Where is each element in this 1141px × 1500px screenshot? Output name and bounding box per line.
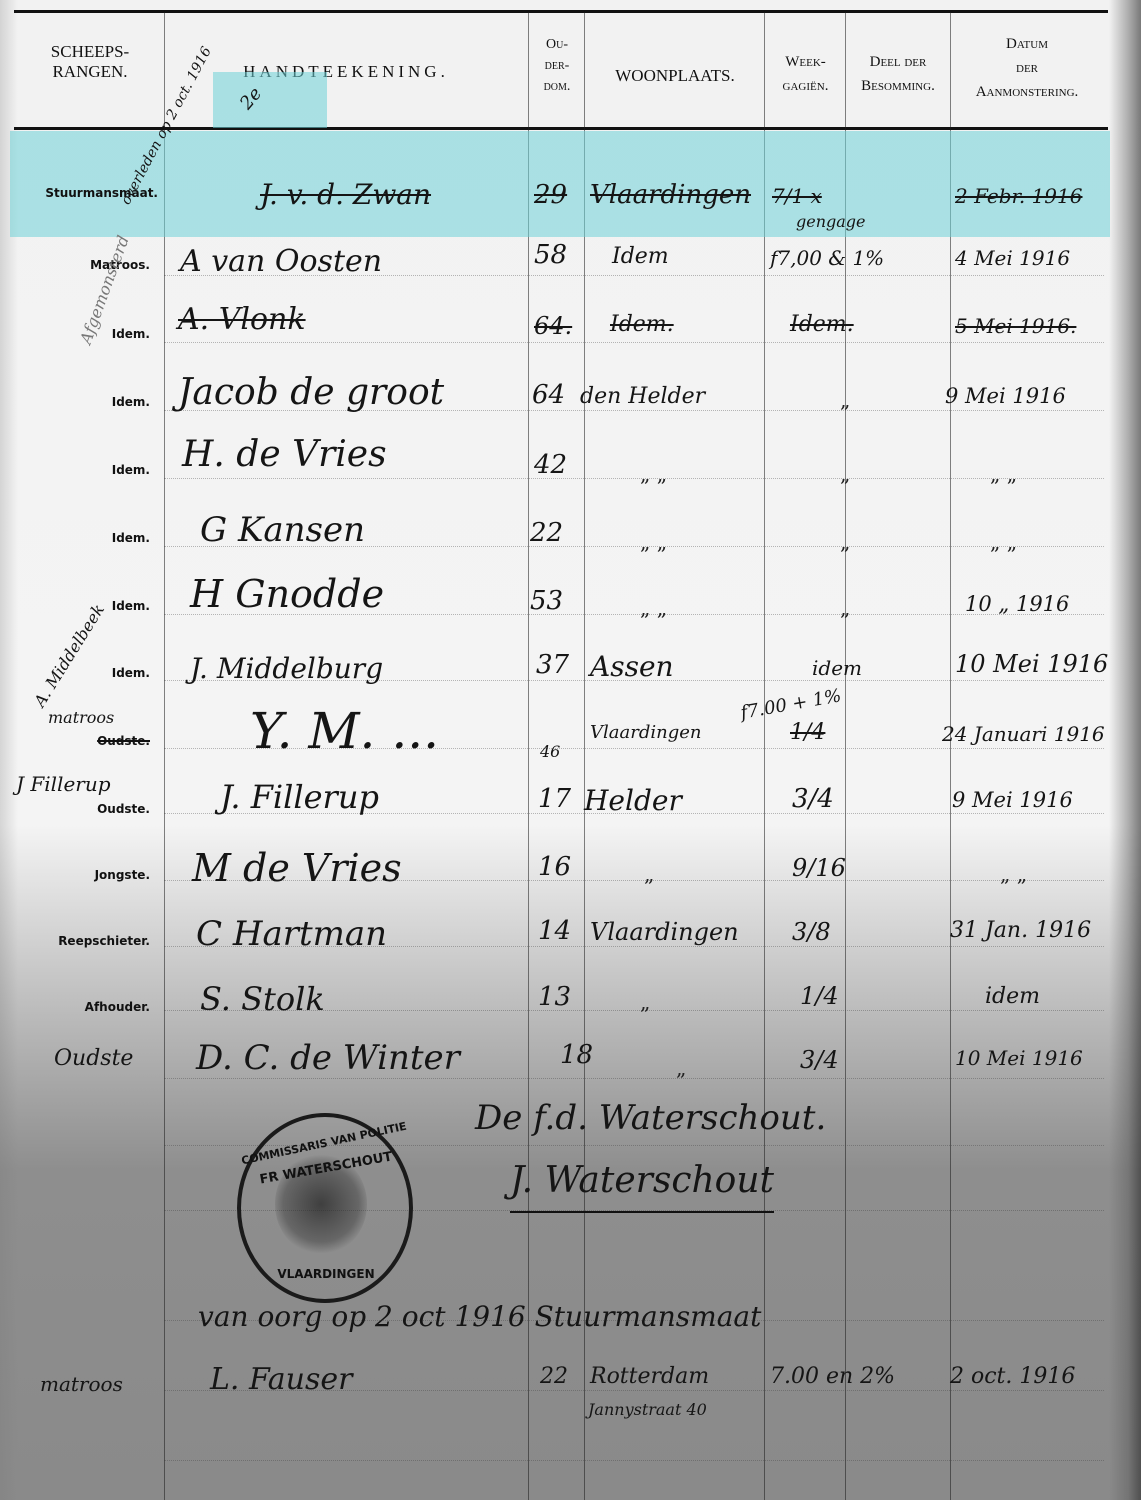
- share: 3/4: [800, 1046, 839, 1074]
- margin-note: matroos: [48, 708, 114, 727]
- signature: J. v. d. Zwan: [260, 178, 431, 211]
- residence: „ „: [640, 462, 667, 486]
- signature: H. de Vries: [182, 434, 387, 475]
- row-line: [164, 342, 1104, 343]
- rank-label: Idem.: [0, 599, 150, 613]
- age: 37: [536, 650, 569, 680]
- wage-note: gengage: [796, 212, 866, 231]
- age: 14: [538, 916, 571, 946]
- police-stamp: COMMISSARIS VAN POLITIE FR WATERSCHOUT V…: [237, 1113, 413, 1303]
- wage: f7.00 + 1%: [739, 685, 843, 723]
- date: 2 Febr. 1916: [955, 184, 1082, 208]
- rank-label: Reepschieter.: [0, 934, 150, 948]
- date: 9 Mei 1916: [952, 788, 1073, 812]
- signature: G Kansen: [200, 510, 365, 550]
- row-line: [164, 1460, 1104, 1461]
- residence: Assen: [590, 650, 674, 683]
- share: 3/8: [792, 918, 831, 946]
- signature: C Hartman: [196, 914, 387, 954]
- residence: Vlaardingen: [590, 918, 739, 946]
- stamp-bottom-text: VLAARDINGEN: [261, 1267, 391, 1281]
- header-ouderdom: Ou- der- dom.: [530, 34, 584, 97]
- age: 29: [534, 180, 567, 210]
- residence: „: [644, 862, 654, 886]
- page-binding-shadow: [1109, 0, 1141, 1500]
- header-woonplaats: WOONPLAATS.: [586, 66, 764, 86]
- rank-label: Afhouder.: [0, 1000, 150, 1014]
- signature: D. C. de Winter: [196, 1038, 460, 1078]
- date: 5 Mei 1916.: [955, 314, 1076, 338]
- date: 10 Mei 1916: [955, 650, 1108, 678]
- header-datum-der-aanmonstering: Datum der Aanmonstering.: [952, 32, 1102, 104]
- header-weekgagien: Week- gagiën.: [766, 50, 845, 98]
- date: 10 Mei 1916: [955, 1046, 1083, 1070]
- share: „: [840, 596, 850, 620]
- date: 24 Januari 1916: [942, 722, 1105, 746]
- residence: „ „: [640, 530, 667, 554]
- addendum-residence-street: Jannystraat 40: [588, 1400, 707, 1419]
- rank-label: Oudste.: [0, 734, 150, 748]
- age: 16: [538, 852, 571, 882]
- residence: Vlaardingen: [590, 722, 701, 743]
- residence: Vlaardingen: [590, 180, 751, 210]
- addendum-note: van oorg op 2 oct 1916 Stuurmansmaat: [198, 1300, 761, 1333]
- signature: Jacob de groot: [178, 372, 444, 413]
- residence: Helder: [584, 784, 682, 817]
- rank-label: Idem.: [0, 395, 150, 409]
- rank-label: Matroos.: [0, 258, 150, 272]
- share: 1/4: [790, 720, 825, 745]
- age: 64.: [534, 312, 572, 340]
- date: „ „: [990, 462, 1017, 486]
- age: 13: [538, 982, 571, 1012]
- header-top-rule: [14, 10, 1108, 13]
- row-line: [164, 1078, 1104, 1079]
- age: 46: [540, 742, 560, 761]
- age: 58: [534, 240, 567, 270]
- share: „: [840, 388, 850, 412]
- margin-note: J Fillerup: [16, 772, 111, 796]
- date: 4 Mei 1916: [955, 246, 1070, 270]
- header-deel-der-besomming: Deel der Besomming.: [846, 50, 950, 98]
- age: 64: [532, 380, 565, 410]
- date: „ „: [990, 530, 1017, 554]
- age: 53: [530, 586, 563, 616]
- signature: J. Middelburg: [190, 652, 383, 685]
- date: 10 „ 1916: [965, 592, 1069, 616]
- rank-label: Oudste: [54, 1046, 133, 1071]
- residence: Idem: [612, 244, 669, 269]
- residence: „ „: [640, 596, 667, 620]
- official-signature: J. Waterschout: [510, 1160, 774, 1213]
- rank-label: Idem.: [0, 531, 150, 545]
- signature: J. Fillerup: [220, 778, 379, 816]
- share: „: [840, 530, 850, 554]
- wage: 7/1 x: [772, 184, 822, 208]
- highlight-header-annotation: [213, 72, 327, 128]
- residence: den Helder: [580, 384, 705, 409]
- rank-label: Jongste.: [0, 868, 150, 882]
- age: 17: [538, 784, 571, 814]
- rank-label: Idem.: [0, 666, 150, 680]
- age: 18: [560, 1040, 593, 1070]
- residence: „: [676, 1056, 686, 1080]
- wage: f7,00 & 1%: [770, 246, 884, 270]
- residence: Idem.: [610, 312, 674, 337]
- addendum-age: 22: [540, 1364, 568, 1389]
- date: „ „: [1000, 862, 1027, 886]
- header-bottom-rule: [14, 127, 1108, 130]
- signature: A van Oosten: [180, 244, 382, 279]
- share: 3/4: [792, 784, 834, 814]
- date: idem: [985, 984, 1040, 1009]
- addendum-date: 2 oct. 1916: [950, 1364, 1075, 1389]
- rank-label: Idem.: [0, 327, 150, 341]
- share: idem: [812, 656, 862, 680]
- signature: A. Vlonk: [178, 302, 306, 337]
- date: 9 Mei 1916: [945, 384, 1066, 408]
- share: 1/4: [800, 982, 839, 1010]
- official-title: De f.d. Waterschout.: [475, 1098, 826, 1138]
- age: 42: [534, 450, 567, 480]
- row-line: [164, 478, 1104, 479]
- signature: Y. M. ...: [250, 702, 439, 760]
- header-scheepsrangen: SCHEEPS- RANGEN.: [20, 42, 160, 81]
- rank-label: Idem.: [0, 463, 150, 477]
- addendum-wage: 7.00 en 2%: [770, 1364, 895, 1389]
- signature: S. Stolk: [200, 980, 325, 1018]
- share: Idem.: [790, 312, 854, 337]
- addendum-rank: matroos: [40, 1372, 123, 1396]
- signature: M de Vries: [192, 846, 402, 890]
- addendum-signature: L. Fauser: [210, 1362, 352, 1397]
- signature: H Gnodde: [190, 572, 384, 616]
- share: „: [840, 462, 850, 486]
- age: 22: [530, 518, 563, 548]
- rank-label: Oudste.: [0, 802, 150, 816]
- residence: „: [640, 990, 650, 1014]
- date: 31 Jan. 1916: [950, 918, 1091, 943]
- share: 9/16: [792, 854, 846, 882]
- addendum-residence: Rotterdam: [590, 1364, 709, 1389]
- margin-note: A. Middelbeek: [30, 601, 108, 710]
